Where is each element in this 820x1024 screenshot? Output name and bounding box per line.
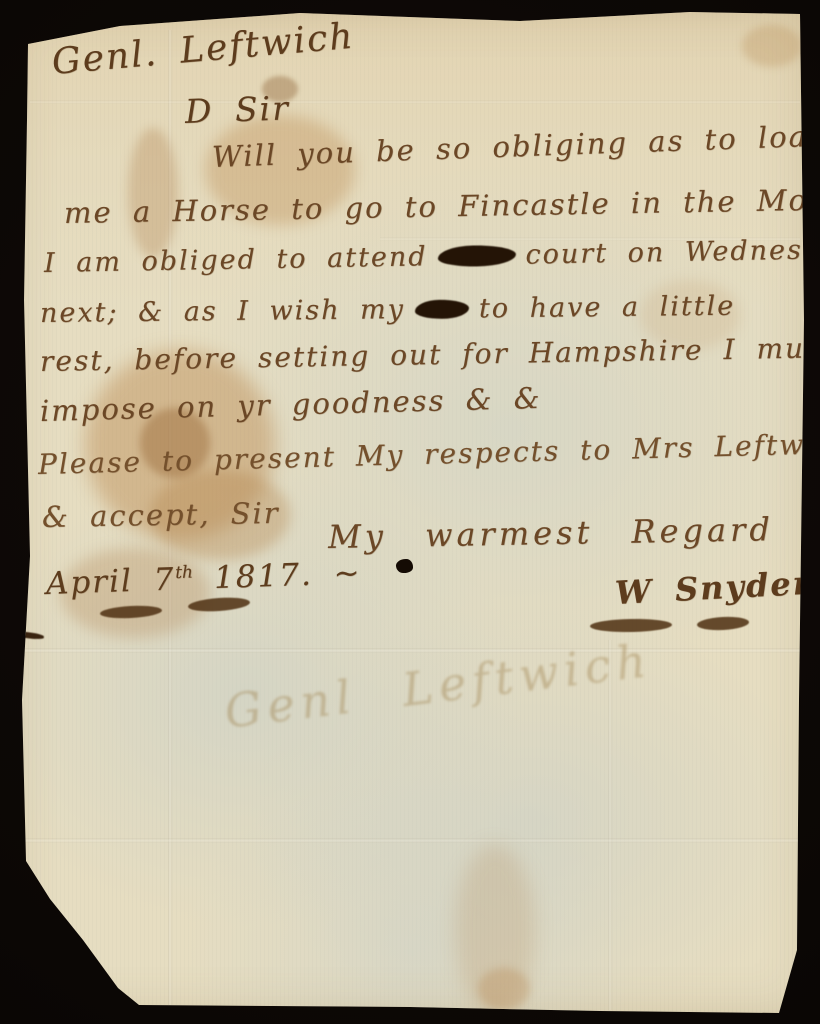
date-text: April 7	[45, 561, 176, 601]
date-line: April 7th 1817. ~	[45, 555, 362, 602]
closing-line: My warmest Regard	[328, 510, 774, 556]
body-line-3: I am obliged to attend court on Wednesda…	[44, 234, 820, 279]
stain-top-right-corner	[742, 25, 802, 67]
body-line-5: rest, before setting out for Hampshire I…	[40, 331, 820, 378]
fold-crease-lower	[25, 838, 800, 843]
stain-bottom-center-blob	[478, 968, 530, 1010]
body-line-4: next; & as I wish my to have a little	[40, 291, 736, 329]
date-superscript: th	[175, 563, 194, 584]
salutation-line: D Sir	[184, 88, 290, 131]
body-line-4-text-after-blot: to have a little	[479, 291, 736, 325]
body-line-3-text: I am obliged to attend	[44, 241, 428, 279]
ink-blot-redaction	[415, 300, 469, 320]
show-through-writing: Genl Leftwich	[222, 633, 655, 739]
flourish-dash	[188, 596, 251, 613]
flourish-dash	[100, 604, 163, 619]
body-line-8: & accept, Sir	[42, 496, 280, 534]
body-line-1: Will you be so obliging as to loan	[211, 118, 820, 174]
body-line-7: Please to present My respects to Mrs Lef…	[38, 427, 820, 481]
date-year: 1817. ~	[213, 555, 362, 596]
stain-left-streak	[128, 128, 178, 258]
fold-crease-middle	[25, 648, 800, 653]
fold-crease-vertical-right-lower	[608, 640, 612, 1010]
body-line-2: me a Horse to go to Fincastle in the Mor…	[64, 181, 820, 230]
ink-drop	[396, 559, 413, 573]
stain-bottom-center-streak	[455, 845, 535, 1015]
body-line-3-text-after-blot: court on Wednesday	[525, 234, 820, 271]
flourish-dash	[590, 618, 672, 632]
letter-paper: Genl. Leftwich D Sir Will you be so obli…	[0, 0, 820, 1024]
body-line-6: impose on yr goodness & &	[40, 381, 542, 428]
signature: W Snyders	[614, 563, 820, 612]
flourish-dash	[697, 616, 750, 632]
body-line-4-text: next; & as I wish my	[40, 294, 405, 329]
ink-blot-redaction	[437, 245, 515, 267]
fold-crease-top	[30, 100, 800, 104]
